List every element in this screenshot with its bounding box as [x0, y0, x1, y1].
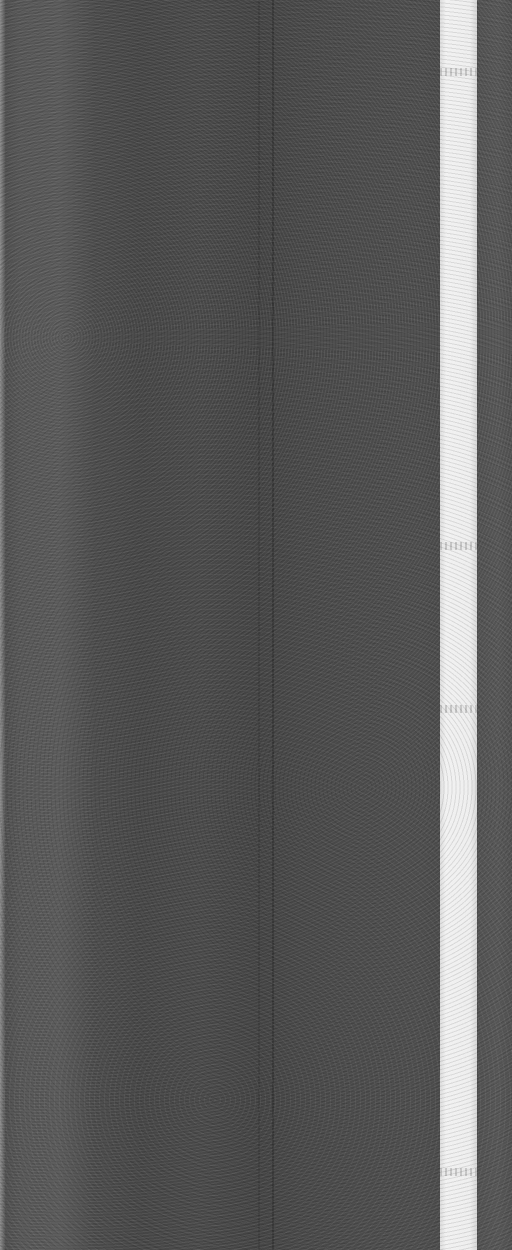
road-photo — [0, 0, 512, 1250]
asphalt-texture — [0, 0, 512, 1250]
lane-paint-seam — [440, 68, 477, 76]
asphalt-shoulder — [478, 0, 512, 1250]
pavement-crack — [258, 0, 260, 1250]
lane-paint-seam — [440, 705, 477, 713]
white-lane-line — [440, 0, 477, 1250]
pavement-crack — [272, 0, 274, 1250]
lane-paint-seam — [440, 1168, 477, 1176]
lane-paint-seam — [440, 542, 477, 550]
road-edge — [0, 0, 5, 1250]
